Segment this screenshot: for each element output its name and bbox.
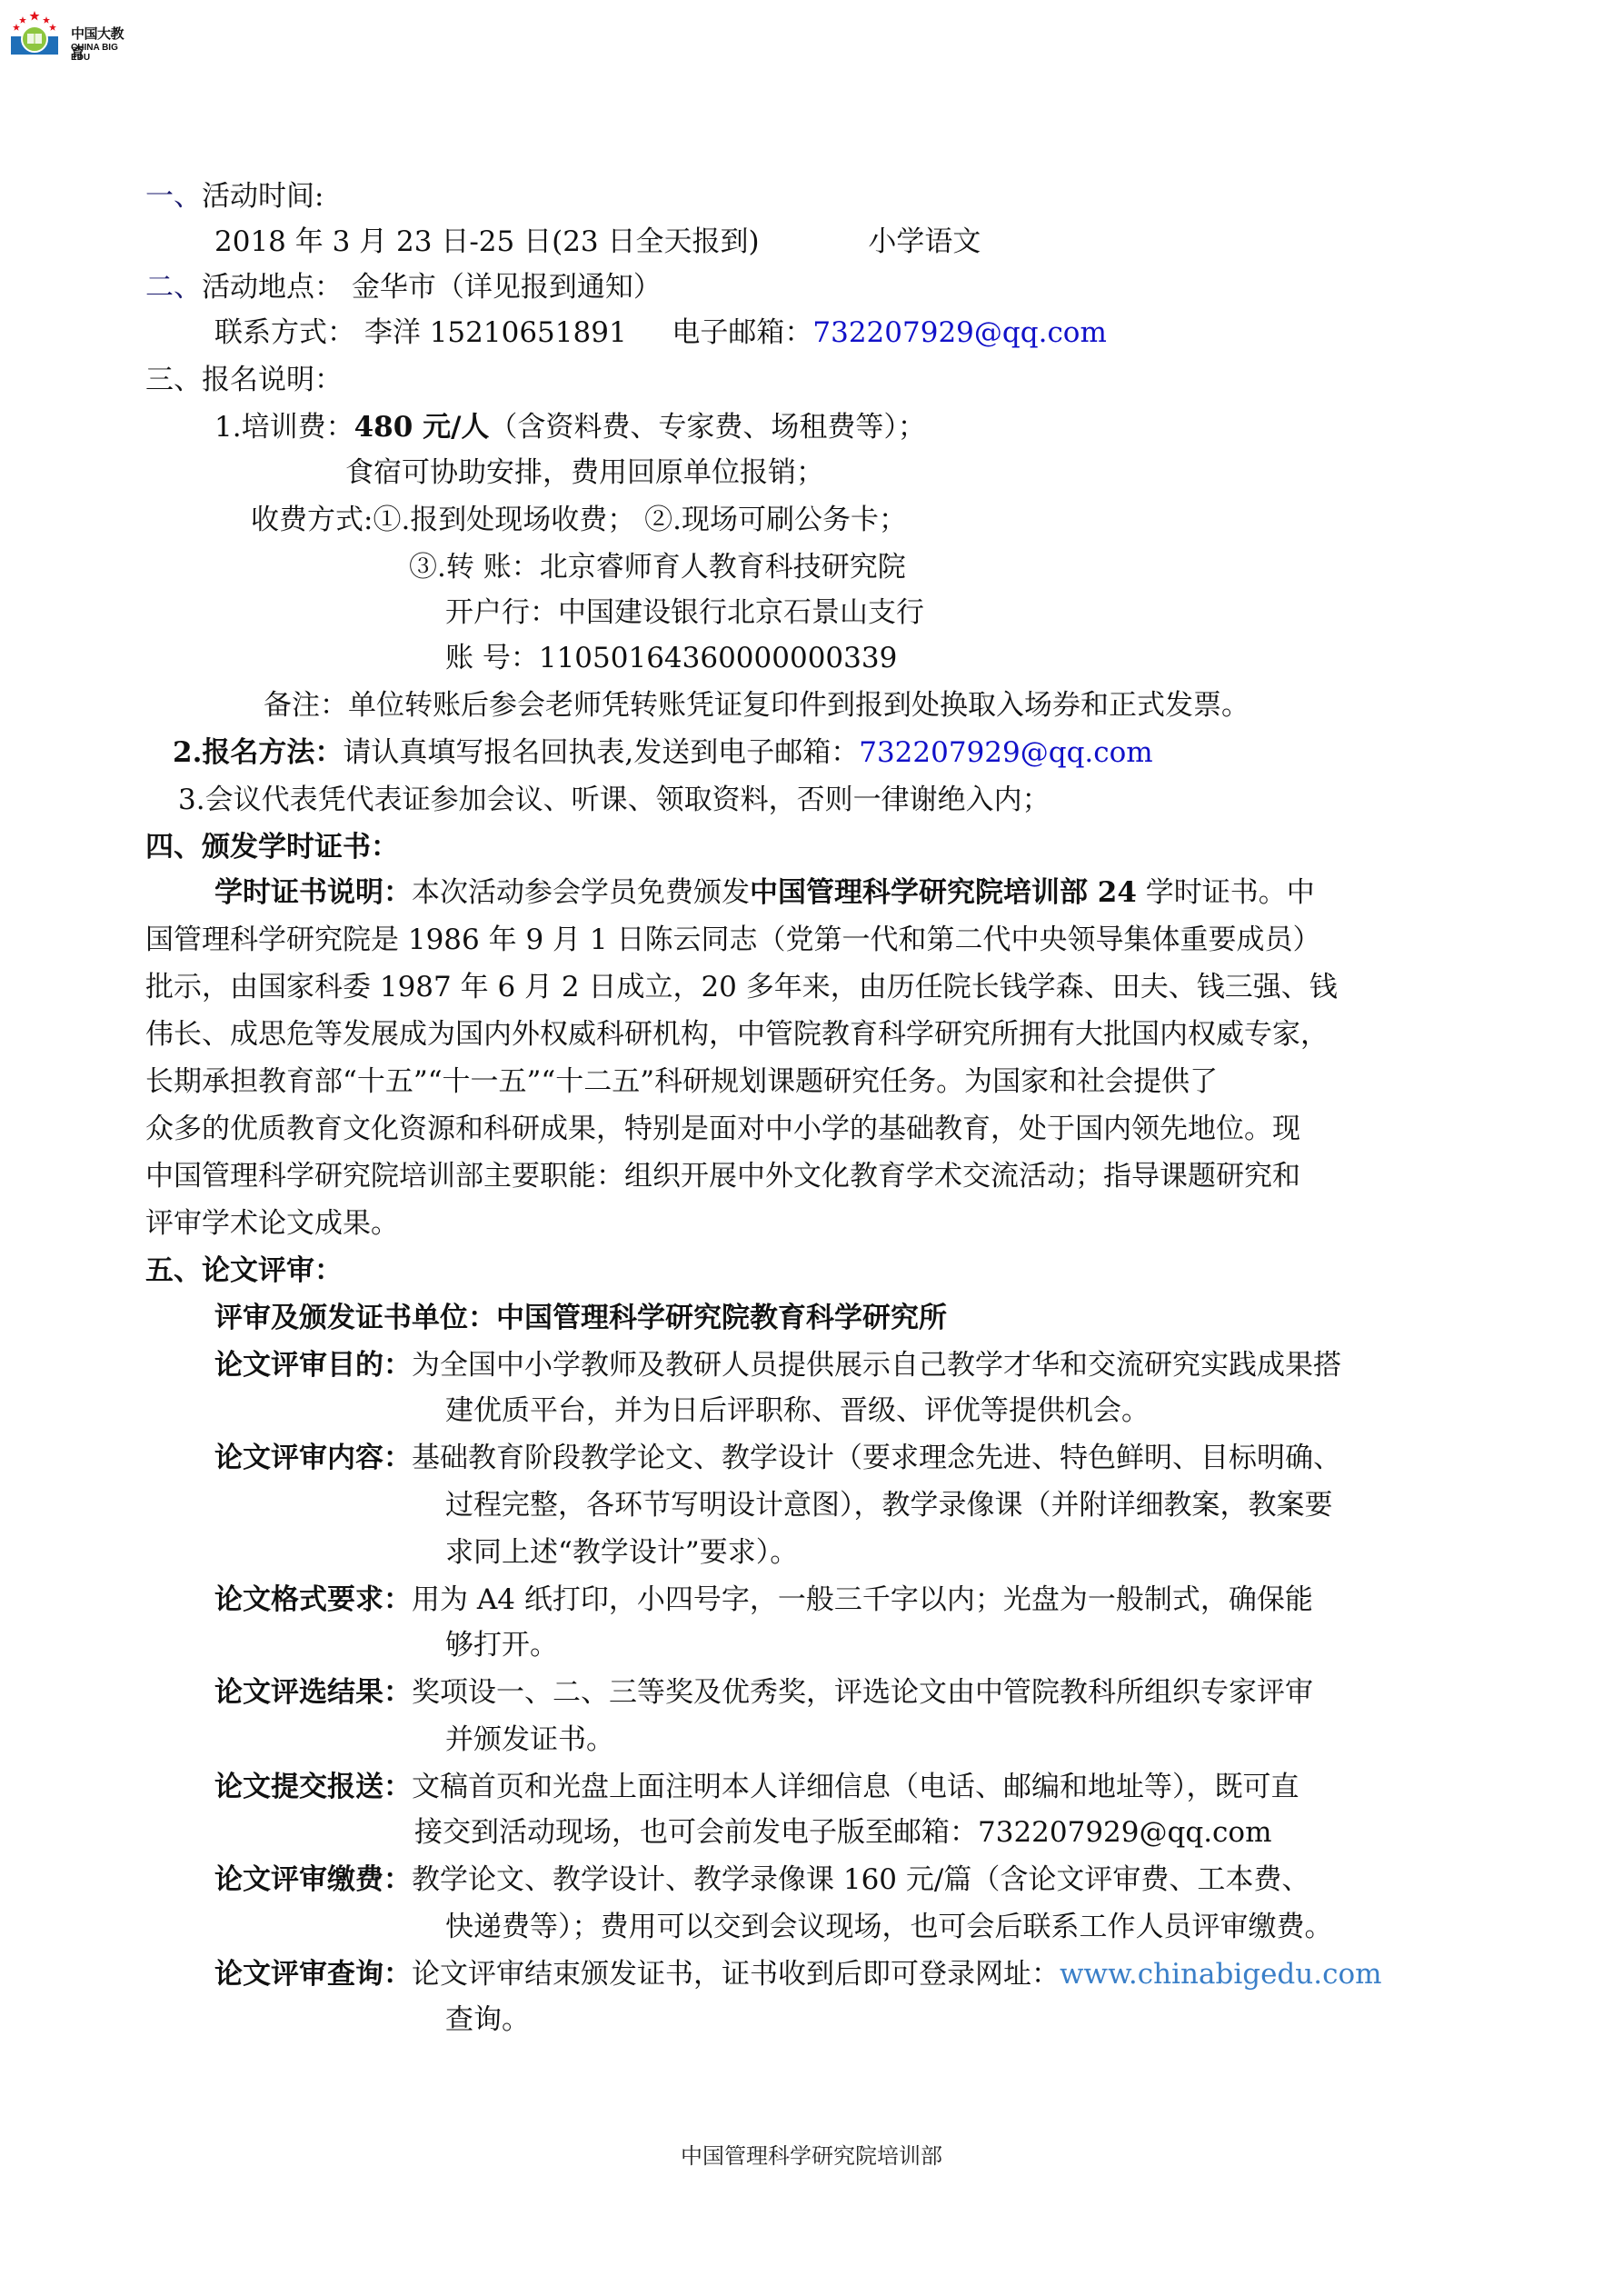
email-link[interactable]: 732207929@qq.com (978, 1816, 1271, 1849)
item-text: 求同上述“教学设计”要求）。 (445, 1534, 798, 1571)
email-label: 电子邮箱： (672, 316, 812, 349)
item-label: 论文提交报送： (214, 1771, 412, 1803)
item-label: 论文评审缴费： (214, 1863, 412, 1896)
payment-label: 收费方式: (251, 504, 373, 536)
paragraph-line: 批示，由国家科委 1987 年 6 月 2 日成立，20 多年来，由历任院长钱学… (145, 969, 1338, 1005)
item-text: 奖项设一、二、三等奖及优秀奖，评选论文由中管院教科所组织专家评审 (412, 1676, 1313, 1709)
section-title: 颁发学时证书： (202, 831, 399, 863)
item-text: 用为 A4 纸打印，小四号字，一般三千字以内；光盘为一般制式，确保能 (412, 1583, 1313, 1616)
paragraph-line: 伟长、成思危等发展成为国内外权威科研机构，中管院教育科学研究所拥有大批国内权威专… (145, 1016, 1329, 1053)
item-label: 论文评审查询： (214, 1958, 412, 1991)
submission-email-line: 接交到活动现场，也可会前发电子版至邮箱：732207929@qq.com (414, 1814, 1271, 1851)
certificate-lead: 学时证书说明：本次活动参会学员免费颁发中国管理科学研究院培训部 24 学时证书。… (214, 874, 1315, 911)
logo-english-name: CHINA BIG EDU (71, 43, 136, 63)
item-text: 过程完整，各环节写明设计意图），教学录像课（并附详细教案，教案要 (445, 1487, 1333, 1523)
method-label: 2.报名方法： (173, 736, 343, 769)
page-footer: 中国管理科学研究院培训部 (0, 2138, 1623, 2170)
fee-amount: 480 元/人 (354, 411, 490, 444)
bank-account: 账 号：11050164360000000339 (445, 640, 897, 676)
item-text: 够打开。 (445, 1627, 558, 1663)
admission-rule: 3.会议代表凭代表证参加会议、听课、领取资料，否则一律谢绝入内； (178, 782, 1050, 818)
registration-method: 2.报名方法：请认真填写报名回执表,发送到电子邮箱：732207929@qq.c… (173, 734, 1153, 771)
format-requirements: 论文格式要求：用为 A4 纸打印，小四号字，一般三千字以内；光盘为一般制式，确保… (214, 1582, 1313, 1618)
review-fee: 论文评审缴费：教学论文、教学设计、教学录像课 160 元/篇（含论文评审费、工本… (214, 1862, 1309, 1898)
section-number: 四、 (145, 831, 202, 863)
certificate-label: 学时证书说明： (214, 876, 412, 909)
certificate-issuer: 中国管理科学研究院培训部 24 (750, 876, 1137, 909)
section-number: 三、 (145, 364, 202, 396)
item-text: 为全国中小学教师及教研人员提供展示自己教学才华和交流研究实践成果搭 (412, 1349, 1341, 1382)
logo-emblem-icon (9, 9, 60, 55)
event-date: 2018 年 3 月 23 日-25 日(23 日全天报到) 小学语文 (214, 224, 981, 260)
selection-results: 论文评选结果：奖项设一、二、三等奖及优秀奖，评选论文由中管院教科所组织专家评审 (214, 1674, 1313, 1711)
section-3-heading: 三、报名说明： (145, 362, 343, 398)
submission: 论文提交报送：文稿首页和光盘上面注明本人详细信息（电话、邮编和地址等），既可直 (214, 1769, 1299, 1805)
payment-methods: 收费方式:①.报到处现场收费； ②.现场可刷公务卡； (251, 502, 907, 538)
bank-name: 开户行：中国建设银行北京石景山支行 (445, 594, 924, 631)
lodging-note: 食宿可协助安排，费用回原单位报销； (345, 454, 824, 491)
item-text: 基础教育阶段教学论文、教学设计（要求理念先进、特色鲜明、目标明确、 (412, 1442, 1341, 1474)
section-number: 一、 (145, 180, 202, 213)
transfer-note: 备注：单位转账后参会老师凭转账凭证复印件到报到处换取入场券和正式发票。 (264, 687, 1250, 724)
email-link[interactable]: 732207929@qq.com (812, 316, 1106, 349)
item-text: 论文评审结束颁发证书，证书收到后即可登录网址： (412, 1958, 1060, 1991)
paragraph-line: 长期承担教育部“十五”“十一五”“十二五”科研规划课题研究任务。为国家和社会提供… (145, 1063, 1218, 1100)
event-date-text: 2018 年 3 月 23 日-25 日(23 日全天报到) (214, 225, 760, 258)
website-link[interactable]: www.chinabigedu.com (1060, 1958, 1382, 1991)
section-5-heading: 五、论文评审： (145, 1253, 343, 1289)
paragraph-line: 评审学术论文成果。 (145, 1205, 399, 1242)
section-title: 报名说明： (202, 364, 343, 396)
item-text: 快递费等）；费用可以交到会议现场，也可会后联系工作人员评审缴费。 (445, 1909, 1333, 1945)
review-query: 论文评审查询：论文评审结束颁发证书，证书收到后即可登录网址：www.chinab… (214, 1956, 1382, 1992)
item-text: 查询。 (445, 2002, 530, 2038)
section-title: 活动时间: (202, 180, 324, 213)
method-text: 请认真填写报名回执表,发送到电子邮箱： (343, 736, 859, 769)
item-text: 并颁发证书。 (445, 1722, 614, 1758)
logo: 中国大教育 CHINA BIG EDU (9, 9, 136, 55)
payment-options: ①.报到处现场收费； ②.现场可刷公务卡； (373, 504, 907, 536)
section-title: 论文评审： (202, 1254, 343, 1287)
review-purpose: 论文评审目的：为全国中小学教师及教研人员提供展示自己教学才华和交流研究实践成果搭 (214, 1347, 1341, 1383)
paragraph-line: 中国管理科学研究院培训部主要职能：组织开展中外文化教育学术交流活动；指导课题研究… (145, 1158, 1300, 1194)
item-text: 建优质平台，并为日后评职称、晋级、评优等提供机会。 (445, 1393, 1150, 1429)
item-label: 论文评选结果： (214, 1676, 412, 1709)
review-unit: 评审及颁发证书单位：中国管理科学研究院教育科学研究所 (214, 1300, 947, 1336)
fee-label: 1.培训费： (214, 411, 354, 444)
training-fee: 1.培训费：480 元/人（含资料费、专家费、场租费等）； (214, 409, 926, 445)
email-link[interactable]: 732207929@qq.com (859, 736, 1152, 769)
paragraph-line: 众多的优质教育文化资源和科研成果，特别是面对中小学的基础教育，处于国内领先地位。… (145, 1111, 1300, 1147)
payment-transfer: ③.转 账：北京睿师育人教育科技研究院 (409, 549, 906, 585)
item-label: 论文格式要求： (214, 1583, 412, 1616)
item-text: 文稿首页和光盘上面注明本人详细信息（电话、邮编和地址等），既可直 (412, 1771, 1299, 1803)
item-label: 论文评审内容： (214, 1442, 412, 1474)
section-number: 二、 (145, 271, 202, 304)
certificate-text: 本次活动参会学员免费颁发 (412, 876, 750, 909)
contact-line: 联系方式： 李洋 15210651891 电子邮箱：732207929@qq.c… (214, 314, 1107, 351)
section-1-heading: 一、活动时间: (145, 178, 324, 215)
certificate-tail: 学时证书。中 (1137, 876, 1315, 909)
item-label: 论文评审目的： (214, 1349, 412, 1382)
section-number: 五、 (145, 1254, 202, 1287)
item-text: 接交到活动现场，也可会前发电子版至邮箱： (414, 1816, 978, 1849)
section-title: 活动地点： (202, 271, 343, 304)
section-2-heading: 二、活动地点： 金华市（详见报到通知） (145, 269, 662, 305)
paragraph-line: 国管理科学研究院是 1986 年 9 月 1 日陈云同志（党第一代和第二代中央领… (145, 922, 1320, 958)
contact-label: 联系方式： (214, 316, 355, 349)
section-4-heading: 四、颁发学时证书： (145, 829, 399, 865)
review-content: 论文评审内容：基础教育阶段教学论文、教学设计（要求理念先进、特色鲜明、目标明确、 (214, 1440, 1341, 1476)
fee-detail: （含资料费、专家费、场租费等）； (489, 411, 926, 444)
item-text: 教学论文、教学设计、教学录像课 160 元/篇（含论文评审费、工本费、 (412, 1863, 1309, 1896)
event-subject: 小学语文 (868, 225, 981, 258)
contact-name-phone: 李洋 15210651891 (364, 316, 627, 349)
event-location: 金华市（详见报到通知） (352, 271, 662, 304)
